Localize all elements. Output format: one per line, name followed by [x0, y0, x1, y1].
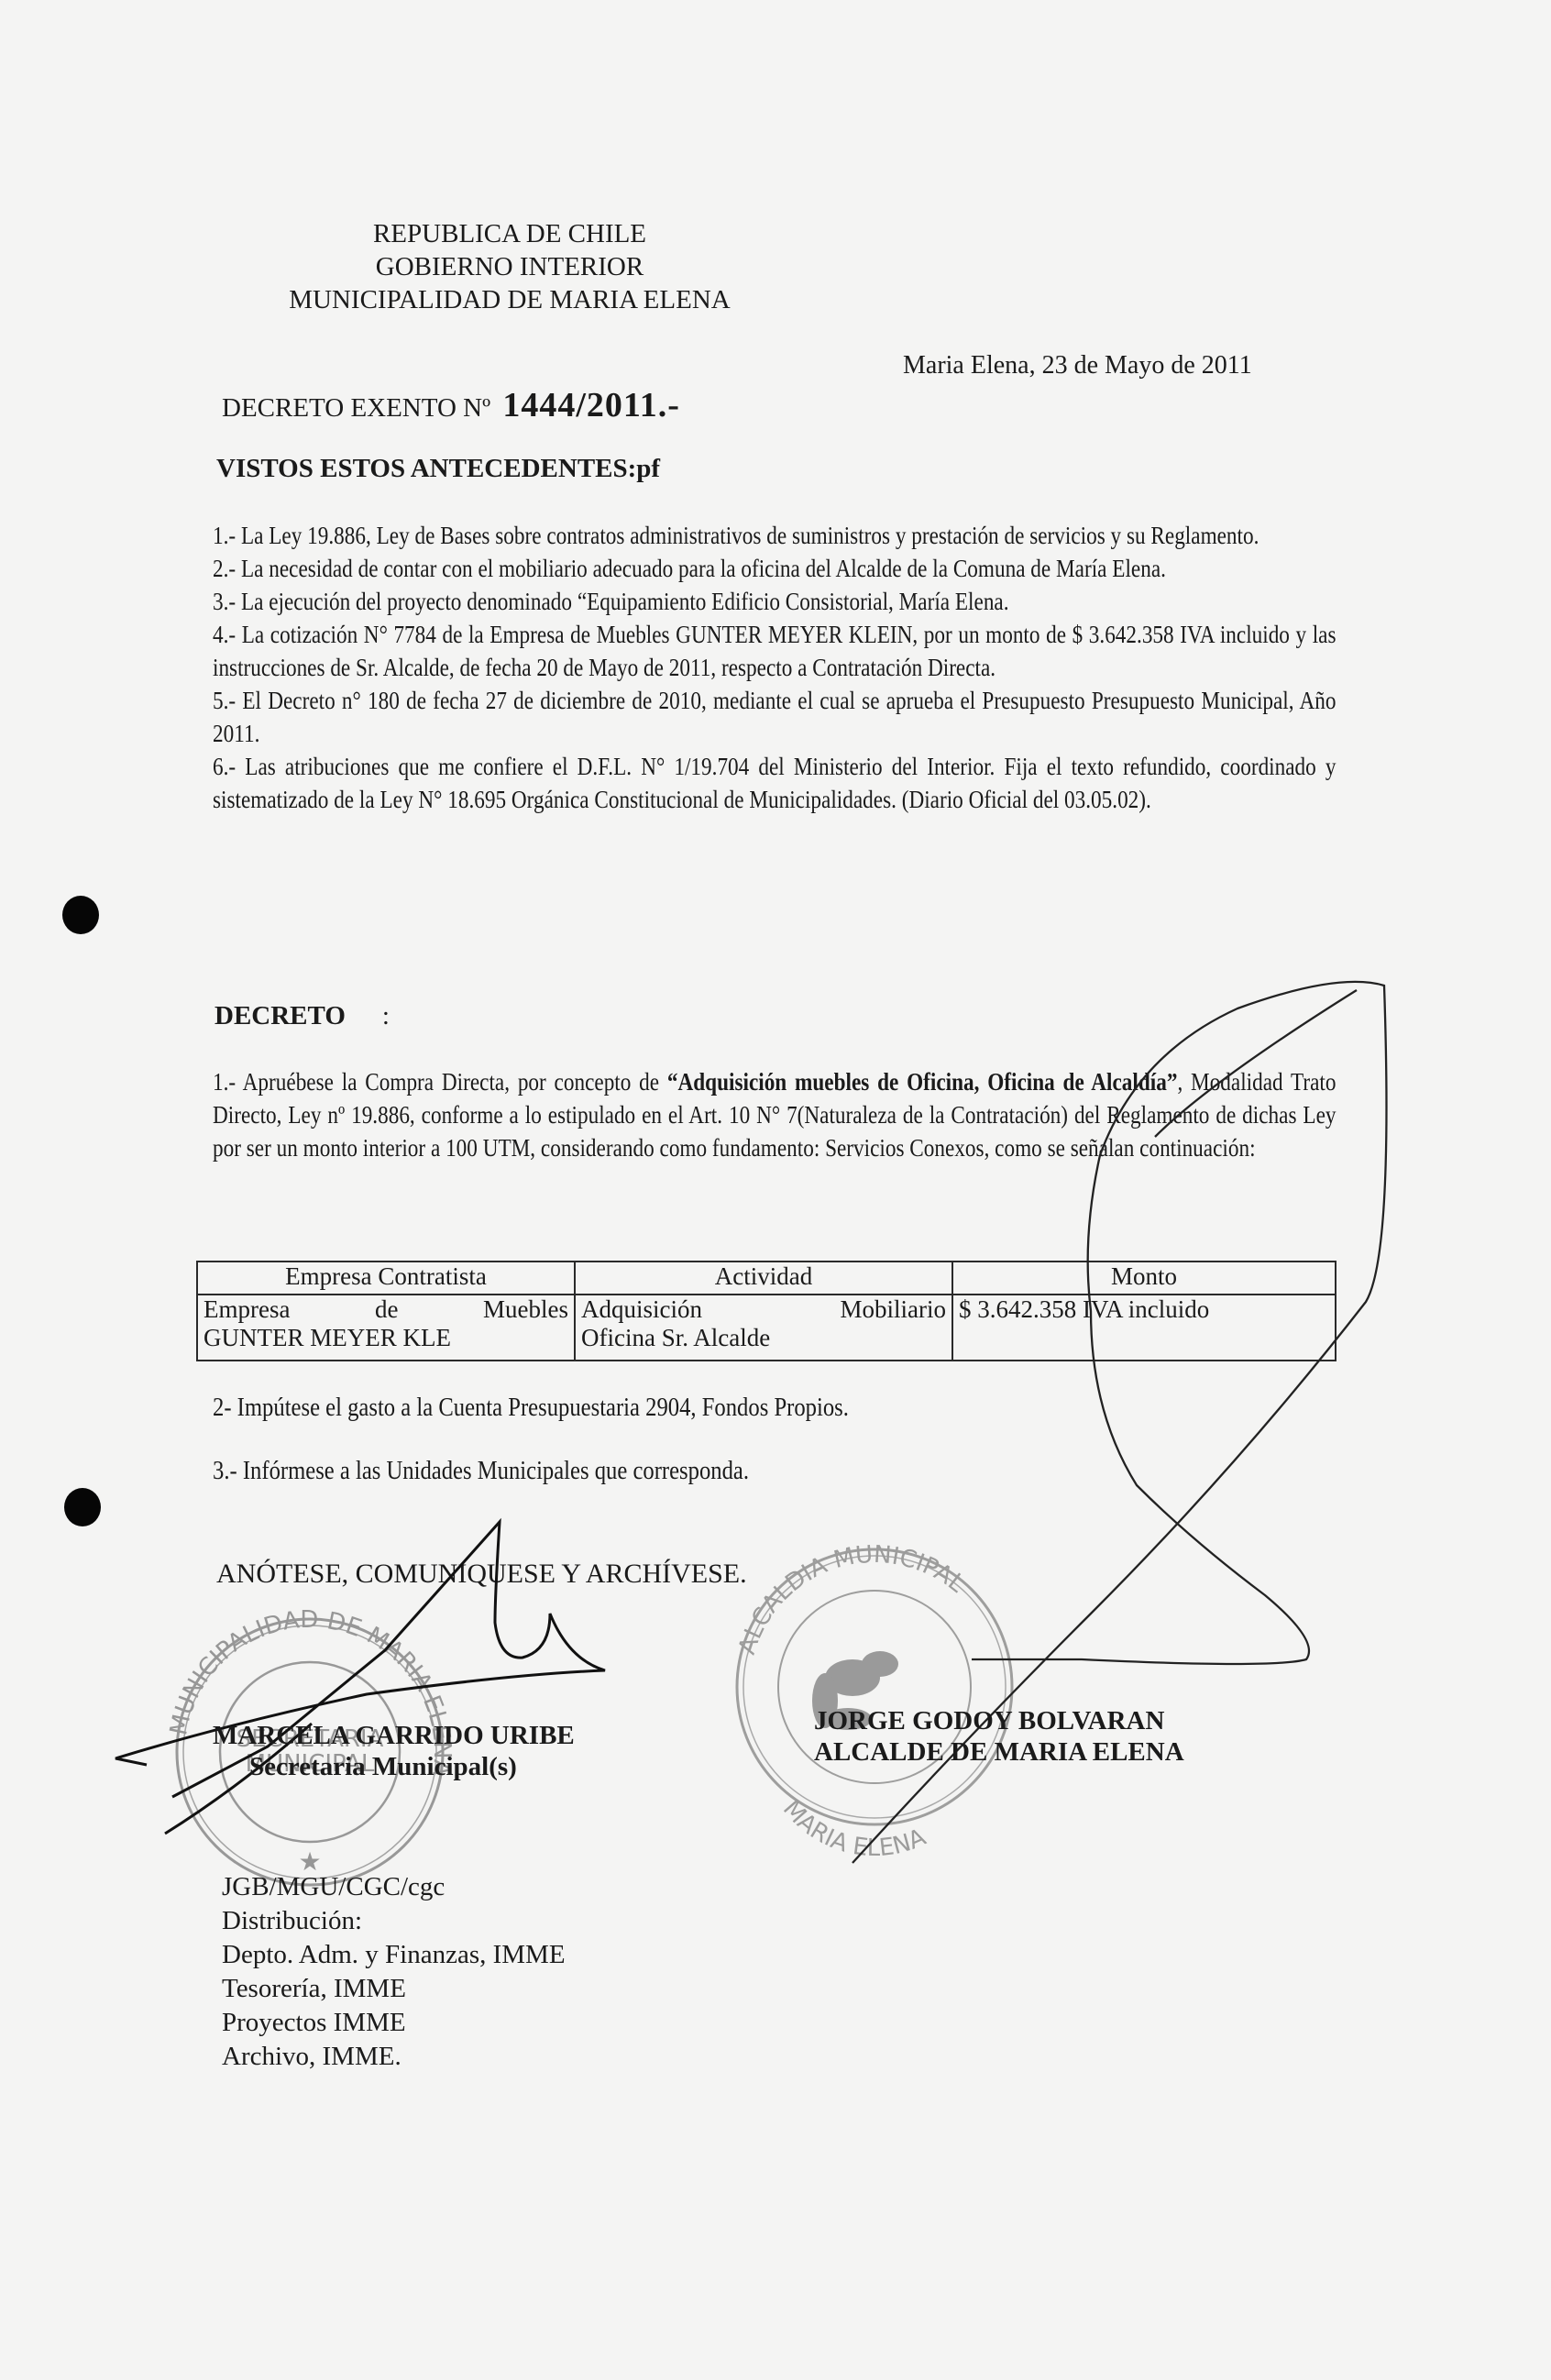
place-date: Maria Elena, 23 de Mayo de 2011 — [903, 351, 1252, 380]
cell-line: GUNTER MEYER KLE — [203, 1324, 568, 1352]
article-1: 1.- Apruébese la Compra Directa, por con… — [213, 1065, 1179, 1164]
vistos-item: 2.- La necesidad de contar con el mobili… — [213, 552, 1336, 585]
cell-word: Mobiliario — [841, 1295, 947, 1324]
punch-hole — [62, 896, 99, 934]
decreto-colon: : — [382, 1001, 390, 1030]
letterhead-line: MUNICIPALIDAD DE MARIA ELENA — [0, 283, 1285, 316]
distribution-item: Tesorería, IMME — [222, 1972, 566, 2006]
letterhead-line: GOBIERNO INTERIOR — [0, 250, 1285, 283]
punch-hole — [64, 1488, 101, 1526]
closing-formula: ANÓTESE, COMUNIQUESE Y ARCHÍVESE. — [216, 1559, 747, 1590]
decreto-heading-text: DECRETO — [214, 1001, 346, 1030]
cell-word: de — [375, 1295, 398, 1324]
cell-empresa: Empresa de Muebles GUNTER MEYER KLE — [197, 1295, 575, 1361]
cell-word: Adquisición — [581, 1295, 702, 1324]
decree-label: DECRETO EXENTO Nº — [222, 393, 490, 423]
letterhead-line: REPUBLICA DE CHILE — [0, 217, 1285, 250]
cell-line: Oficina Sr. Alcalde — [581, 1324, 946, 1352]
vistos-item: 5.- El Decreto n° 180 de fecha 27 de dic… — [213, 684, 1336, 750]
mayor-name: JORGE GODOY BOLVARAN — [814, 1705, 1184, 1736]
vistos-item: 3.- La ejecución del proyecto denominado… — [213, 585, 1336, 618]
cell-word: Muebles — [483, 1295, 568, 1324]
letterhead: REPUBLICA DE CHILE GOBIERNO INTERIOR MUN… — [0, 217, 1551, 316]
cell-word: Empresa — [203, 1295, 290, 1324]
decree-number-line: DECRETO EXENTO Nº 1444/2011.- — [222, 385, 680, 425]
vistos-list: 1.- La Ley 19.886, Ley de Bases sobre co… — [213, 519, 1179, 816]
article-3: 3.- Infórmese a las Unidades Municipales… — [213, 1457, 749, 1486]
column-header: Empresa Contratista — [197, 1262, 575, 1295]
contract-table: Empresa Contratista Actividad Monto Empr… — [196, 1261, 1336, 1361]
vistos-item: 6.- Las atribuciones que me confiere el … — [213, 750, 1336, 816]
decree-number: 1444/2011.- — [502, 386, 680, 424]
distribution-item: Depto. Adm. y Finanzas, IMME — [222, 1938, 566, 1972]
column-header: Monto — [952, 1262, 1336, 1295]
distribution-heading: Distribución: — [222, 1904, 566, 1938]
column-header: Actividad — [575, 1262, 952, 1295]
secretary-signature-block: MARCELA GARRIDO URIBE Secretaria Municip… — [213, 1720, 575, 1782]
secretary-title: Secretaria Municipal(s) — [213, 1751, 575, 1782]
vistos-item: 1.- La Ley 19.886, Ley de Bases sobre co… — [213, 519, 1336, 552]
vistos-heading: VISTOS ESTOS ANTECEDENTES:pf — [216, 454, 660, 484]
alcaldia-stamp: ALCALDIA MUNICIPAL MARIA ELENA — [733, 1541, 1012, 1862]
distribution-item: Proyectos IMME — [222, 2006, 566, 2040]
decreto-heading: DECRETO: — [214, 1001, 390, 1031]
svg-text:MARIA ELENA: MARIA ELENA — [777, 1795, 930, 1862]
secretary-name: MARCELA GARRIDO URIBE — [213, 1720, 575, 1751]
mayor-signature-block: JORGE GODOY BOLVARAN ALCALDE DE MARIA EL… — [814, 1705, 1184, 1768]
article-1-text: 1.- Apruébese la Compra Directa, por con… — [213, 1065, 1336, 1164]
table-header-row: Empresa Contratista Actividad Monto — [197, 1262, 1336, 1295]
article-1-prefix: 1.- Apruébese la Compra Directa, por con… — [213, 1068, 667, 1096]
article-1-bold: “Adquisición muebles de Oficina, Oficina… — [667, 1068, 1178, 1096]
initials: JGB/MGU/CGC/cgc — [222, 1870, 566, 1904]
distribution-block: JGB/MGU/CGC/cgc Distribución: Depto. Adm… — [222, 1870, 566, 2074]
distribution-item: Archivo, IMME. — [222, 2040, 566, 2074]
mayor-title: ALCALDE DE MARIA ELENA — [814, 1736, 1184, 1768]
svg-text:ALCALDIA MUNICIPAL: ALCALDIA MUNICIPAL — [733, 1541, 970, 1658]
vistos-item: 4.- La cotización N° 7784 de la Empresa … — [213, 618, 1336, 684]
table-row: Empresa de Muebles GUNTER MEYER KLE Adqu… — [197, 1295, 1336, 1361]
cell-monto: $ 3.642.358 IVA incluido — [952, 1295, 1336, 1361]
cell-actividad: Adquisición Mobiliario Oficina Sr. Alcal… — [575, 1295, 952, 1361]
article-2: 2- Impútese el gasto a la Cuenta Presupu… — [213, 1394, 849, 1423]
